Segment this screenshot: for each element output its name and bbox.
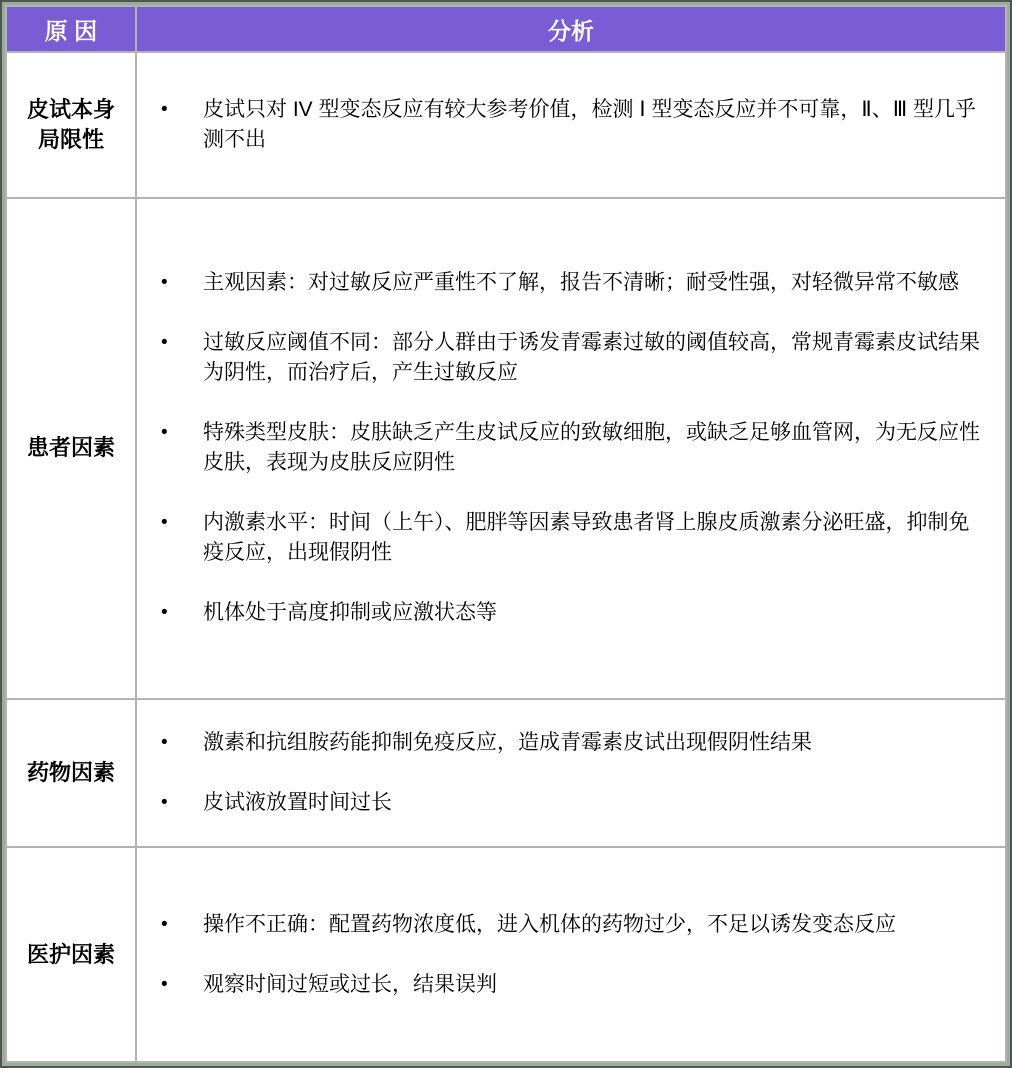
cause-cell: 药物因素 [6,699,136,848]
bullet-icon: • [161,268,203,298]
bullet-icon: • [161,95,203,125]
bullet-text: 主观因素：对过敏反应严重性不了解，报告不清晰；耐受性强，对轻微异常不敏感 [203,268,985,298]
bullet-text: 过敏反应阈值不同：部分人群由于诱发青霉素过敏的阈值较高，常规青霉素皮试结果为阴性… [203,328,985,388]
table-row: 患者因素•主观因素：对过敏反应严重性不了解，报告不清晰；耐受性强，对轻微异常不敏… [6,198,1006,699]
bullet-list-item: •皮试只对 IV 型变态反应有较大参考价值，检测 Ⅰ 型变态反应并不可靠，Ⅱ、Ⅲ… [161,95,985,155]
bullet-text: 内激素水平：时间（上午）、肥胖等因素导致患者肾上腺皮质激素分泌旺盛，抑制免疫反应… [203,508,985,568]
analysis-cell: •激素和抗组胺药能抑制免疫反应，造成青霉素皮试出现假阴性结果•皮试液放置时间过长 [136,699,1006,848]
bullet-icon: • [161,910,203,940]
bullet-text: 机体处于高度抑制或应激状态等 [203,598,985,628]
bullet-text: 皮试液放置时间过长 [203,788,985,818]
bullet-text: 观察时间过短或过长，结果误判 [203,970,985,1000]
bullet-list-item: •观察时间过短或过长，结果误判 [161,970,985,1000]
bullet-list-item: •特殊类型皮肤：皮肤缺乏产生皮试反应的致敏细胞，或缺乏足够血管网，为无反应性皮肤… [161,418,985,478]
cause-cell: 皮试本身 局限性 [6,52,136,198]
table-frame: 原 因 分析 皮试本身 局限性•皮试只对 IV 型变态反应有较大参考价值，检测 … [0,0,1012,1068]
analysis-cell: •主观因素：对过敏反应严重性不了解，报告不清晰；耐受性强，对轻微异常不敏感•过敏… [136,198,1006,699]
bullet-list-item: •内激素水平：时间（上午）、肥胖等因素导致患者肾上腺皮质激素分泌旺盛，抑制免疫反… [161,508,985,568]
bullet-list-item: •操作不正确：配置药物浓度低，进入机体的药物过少，不足以诱发变态反应 [161,910,985,940]
table-row: 医护因素•操作不正确：配置药物浓度低，进入机体的药物过少，不足以诱发变态反应•观… [6,847,1006,1062]
analysis-cell: •操作不正确：配置药物浓度低，进入机体的药物过少，不足以诱发变态反应•观察时间过… [136,847,1006,1062]
bullet-list-item: •激素和抗组胺药能抑制免疫反应，造成青霉素皮试出现假阴性结果 [161,728,985,758]
column-header-cause: 原 因 [6,6,136,52]
bullet-list-item: •机体处于高度抑制或应激状态等 [161,598,985,628]
bullet-text: 皮试只对 IV 型变态反应有较大参考价值，检测 Ⅰ 型变态反应并不可靠，Ⅱ、Ⅲ … [203,95,985,155]
bullet-icon: • [161,508,203,538]
table-row: 药物因素•激素和抗组胺药能抑制免疫反应，造成青霉素皮试出现假阴性结果•皮试液放置… [6,699,1006,848]
bullet-text: 操作不正确：配置药物浓度低，进入机体的药物过少，不足以诱发变态反应 [203,910,985,940]
bullet-icon: • [161,728,203,758]
bullet-icon: • [161,970,203,1000]
bullet-icon: • [161,598,203,628]
bullet-list-item: •主观因素：对过敏反应严重性不了解，报告不清晰；耐受性强，对轻微异常不敏感 [161,268,985,298]
analysis-cell: •皮试只对 IV 型变态反应有较大参考价值，检测 Ⅰ 型变态反应并不可靠，Ⅱ、Ⅲ… [136,52,1006,198]
bullet-icon: • [161,788,203,818]
cause-analysis-table: 原 因 分析 皮试本身 局限性•皮试只对 IV 型变态反应有较大参考价值，检测 … [5,5,1007,1063]
cause-cell: 医护因素 [6,847,136,1062]
bullet-text: 激素和抗组胺药能抑制免疫反应，造成青霉素皮试出现假阴性结果 [203,728,985,758]
bullet-icon: • [161,418,203,448]
table-row: 皮试本身 局限性•皮试只对 IV 型变态反应有较大参考价值，检测 Ⅰ 型变态反应… [6,52,1006,198]
header-row: 原 因 分析 [6,6,1006,52]
cause-cell: 患者因素 [6,198,136,699]
column-header-analysis: 分析 [136,6,1006,52]
bullet-text: 特殊类型皮肤：皮肤缺乏产生皮试反应的致敏细胞，或缺乏足够血管网，为无反应性皮肤，… [203,418,985,478]
bullet-list-item: •皮试液放置时间过长 [161,788,985,818]
bullet-icon: • [161,328,203,358]
bullet-list-item: •过敏反应阈值不同：部分人群由于诱发青霉素过敏的阈值较高，常规青霉素皮试结果为阴… [161,328,985,388]
